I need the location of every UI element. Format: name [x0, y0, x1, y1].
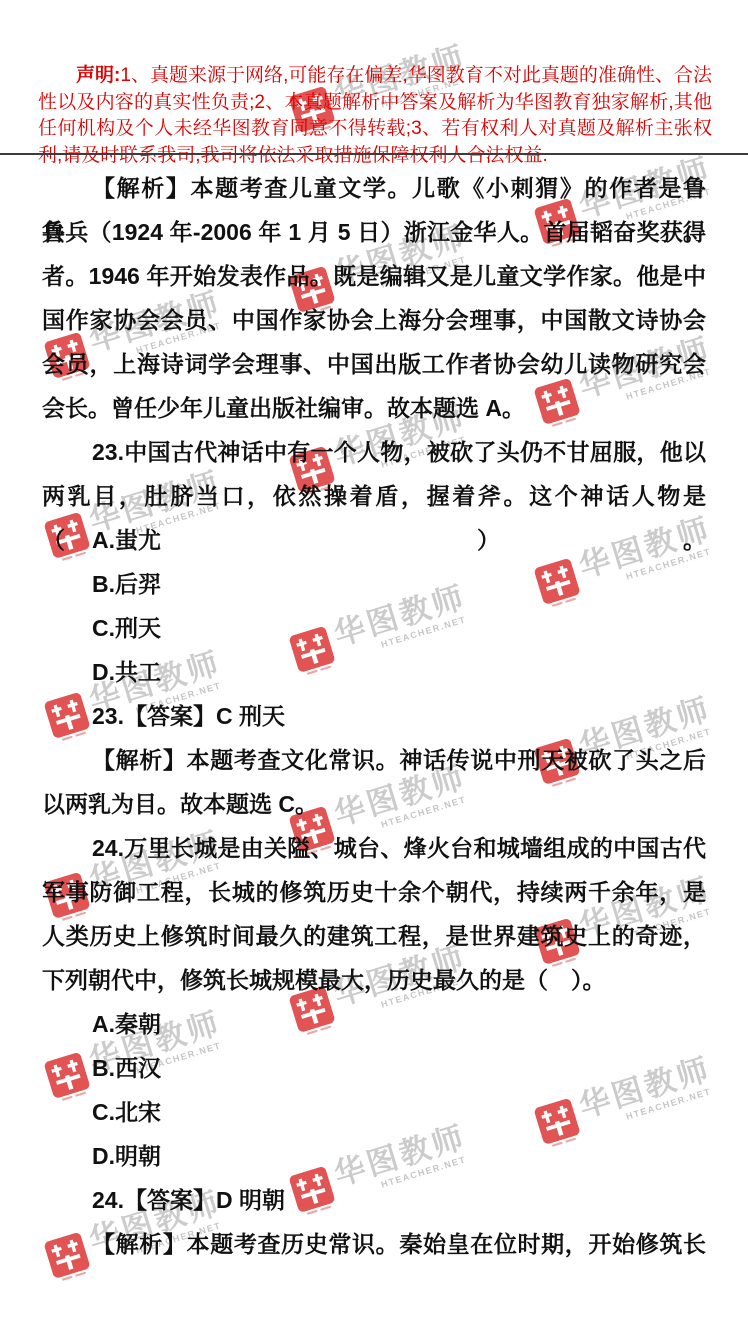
text-line: 会员，上海诗词学会理事、中国出版工作者协会幼儿读物研究会	[0, 342, 748, 386]
answer-24: 24.【答案】D 明朝	[0, 1178, 748, 1222]
option-c: C.北宋	[0, 1090, 748, 1134]
option-b: B.后羿	[0, 562, 748, 606]
text-line: 人类历史上修筑时间最久的建筑工程，是世界建筑史上的奇迹，	[0, 914, 748, 958]
text-line: 下列朝代中，修筑长城规模最大，历史最久的是（ ）。	[0, 958, 748, 1002]
text-line: 会长。曾任少年儿童出版社编审。故本题选 A。	[0, 386, 748, 430]
text-line: 军事防御工程，长城的修筑历史十余个朝代，持续两千余年，是	[0, 870, 748, 914]
option-d: D.共工	[0, 650, 748, 694]
disclaimer-label: 声明:	[76, 65, 120, 86]
divider-line	[0, 153, 748, 155]
option-d: D.明朝	[0, 1134, 748, 1178]
question-23: 23.中国古代神话中有一个人物，被砍了头仍不甘屈服，他以	[0, 430, 748, 474]
option-c: C.刑天	[0, 606, 748, 650]
question-24: 24.万里长城是由关隘、城台、烽火台和城墙组成的中国古代	[0, 826, 748, 870]
document-page: 华图教师HTEACHER.NET 华图教师HTEACHER.NET 华图教师HT…	[0, 0, 748, 1335]
text-line: 两乳目，肚脐当口，依然操着盾，握着斧。这个神话人物是（ ）。	[0, 474, 748, 518]
text-line: 【解析】本题考查儿童文学。儿歌《小刺猬》的作者是鲁兵。	[0, 166, 748, 210]
text-line: 者。1946 年开始发表作品。既是编辑又是儿童文学作家。他是中	[0, 254, 748, 298]
text-line: 【解析】本题考查历史常识。秦始皇在位时期，开始修筑长	[0, 1222, 748, 1266]
answer-23: 23.【答案】C 刑天	[0, 694, 748, 738]
disclaimer-body: 1、真题来源于网络,可能存在偏差,华图教育不对此真题的准确性、合法性以及内容的真…	[38, 65, 712, 166]
option-a: A.秦朝	[0, 1002, 748, 1046]
text-line: 以两乳为目。故本题选 C。	[0, 782, 748, 826]
text-line: 鲁兵（1924 年-2006 年 1 月 5 日）浙江金华人。首届韬奋奖获得	[0, 210, 748, 254]
document-body: 【解析】本题考查儿童文学。儿歌《小刺猬》的作者是鲁兵。 鲁兵（1924 年-20…	[0, 166, 748, 1266]
option-b: B.西汉	[0, 1046, 748, 1090]
text-line: 国作家协会会员、中国作家协会上海分会理事，中国散文诗协会	[0, 298, 748, 342]
text-line: 【解析】本题考查文化常识。神话传说中刑天被砍了头之后	[0, 738, 748, 782]
